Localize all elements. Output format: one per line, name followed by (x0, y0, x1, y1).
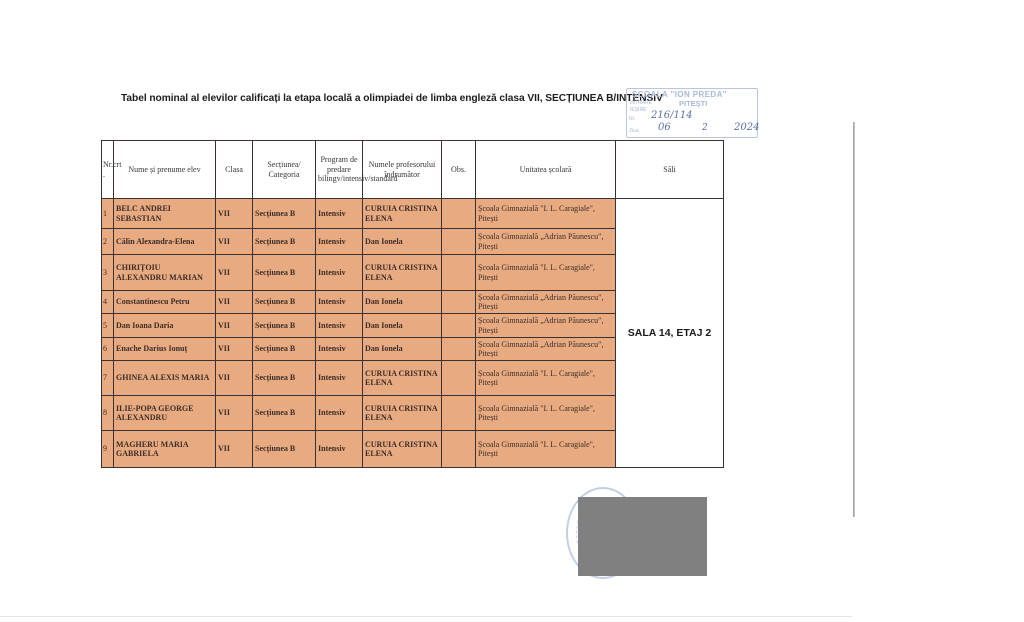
cell-obs (442, 361, 476, 396)
cell-profesor: Dan Ionela (363, 338, 442, 361)
cell-nr: 7 (102, 361, 114, 396)
cell-sectiunea: Secțiunea B (253, 314, 316, 338)
cell-unitatea: Școala Gimnazială „Adrian Păunescu", Pit… (476, 338, 616, 361)
cell-sectiunea: Secțiunea B (253, 229, 316, 255)
cell-obs (442, 229, 476, 255)
header-unitatea: Unitatea școlară (476, 141, 616, 199)
header-obs: Obs. (442, 141, 476, 199)
cell-obs (442, 291, 476, 314)
redacted-signature (578, 497, 707, 576)
cell-clasa: VII (216, 199, 253, 229)
cell-unitatea: Școala Gimnazială „Adrian Păunescu", Pit… (476, 291, 616, 314)
cell-student-name: Dan Ioana Daria (114, 314, 216, 338)
cell-clasa: VII (216, 338, 253, 361)
cell-unitatea: Școala Gimnazială „Adrian Păunescu", Pit… (476, 229, 616, 255)
cell-program: Intensiv (316, 361, 363, 396)
cell-sectiunea: Secțiunea B (253, 431, 316, 468)
table-body: 1BELC ANDREI SEBASTIANVIISecțiunea BInte… (102, 199, 724, 468)
cell-unitatea: Școala Gimnazială "I. L. Caragiale", Pit… (476, 199, 616, 229)
cell-student-name: GHINEA ALEXIS MARIA (114, 361, 216, 396)
cell-program: Intensiv (316, 229, 363, 255)
cell-student-name: ILIE-POPA GEORGE ALEXANDRU (114, 396, 216, 431)
cell-nr: 3 (102, 255, 114, 291)
cell-nr: 4 (102, 291, 114, 314)
qualified-students-table: Nr.crt . Nume și prenume elev Clasa Secț… (101, 140, 724, 468)
cell-unitatea: Școala Gimnazială "I. L. Caragiale", Pit… (476, 361, 616, 396)
header-sectiunea: Secțiunea/ Categoria (253, 141, 316, 199)
cell-nr: 2 (102, 229, 114, 255)
cell-sectiunea: Secțiunea B (253, 199, 316, 229)
cell-clasa: VII (216, 431, 253, 468)
cell-obs (442, 199, 476, 229)
stamp-luna-value: 2 (702, 123, 708, 133)
cell-student-name: Enache Darius Ionuț (114, 338, 216, 361)
cell-student-name: CHIRIȚOIU ALEXANDRU MARIAN (114, 255, 216, 291)
cell-profesor: CURUIA CRISTINA ELENA (363, 431, 442, 468)
cell-program: Intensiv (316, 291, 363, 314)
cell-profesor: CURUIA CRISTINA ELENA (363, 255, 442, 291)
cell-profesor: Dan Ionela (363, 314, 442, 338)
students-table-container: Nr.crt . Nume și prenume elev Clasa Secț… (101, 140, 724, 468)
stamp-nr-label: Nr. (629, 116, 635, 122)
cell-nr: 9 (102, 431, 114, 468)
cell-student-name: BELC ANDREI SEBASTIAN (114, 199, 216, 229)
cell-nr: 5 (102, 314, 114, 338)
cell-sala-assignment: SALA 14, ETAJ 2 (616, 199, 724, 468)
cell-clasa: VII (216, 229, 253, 255)
cell-profesor: CURUIA CRISTINA ELENA (363, 396, 442, 431)
scan-bottom-edge (0, 616, 852, 617)
cell-profesor: CURUIA CRISTINA ELENA (363, 199, 442, 229)
scan-page-edge (853, 122, 855, 517)
cell-nr: 1 (102, 199, 114, 229)
stamp-city: PITEȘTI (679, 99, 707, 108)
cell-profesor: Dan Ionela (363, 291, 442, 314)
cell-program: Intensiv (316, 338, 363, 361)
header-profesor: Numele profesorului îndrumător (363, 141, 442, 199)
cell-profesor: CURUIA CRISTINA ELENA (363, 361, 442, 396)
cell-sectiunea: Secțiunea B (253, 361, 316, 396)
header-sali: Săli (616, 141, 724, 199)
cell-nr: 6 (102, 338, 114, 361)
cell-sectiunea: Secțiunea B (253, 396, 316, 431)
cell-sectiunea: Secțiunea B (253, 291, 316, 314)
stamp-iesire-label: IEȘIRE (630, 107, 646, 113)
cell-program: Intensiv (316, 255, 363, 291)
cell-unitatea: Școala Gimnazială „Adrian Păunescu", Pit… (476, 314, 616, 338)
stamp-an-value: 2024 (734, 122, 759, 133)
stamp-school-name: ȘCOALA "ION PREDA" (632, 90, 727, 99)
cell-program: Intensiv (316, 199, 363, 229)
header-program: Program de predare bilingv/intensiv/stan… (316, 141, 363, 199)
cell-clasa: VII (216, 314, 253, 338)
cell-obs (442, 431, 476, 468)
cell-sectiunea: Secțiunea B (253, 255, 316, 291)
cell-unitatea: Școala Gimnazială "I. L. Caragiale", Pit… (476, 396, 616, 431)
cell-obs (442, 314, 476, 338)
cell-program: Intensiv (316, 396, 363, 431)
cell-clasa: VII (216, 396, 253, 431)
table-row: 1BELC ANDREI SEBASTIANVIISecțiunea BInte… (102, 199, 724, 229)
cell-unitatea: Școala Gimnazială "I. L. Caragiale", Pit… (476, 255, 616, 291)
stamp-nr-value: 216/114 (651, 110, 693, 121)
cell-clasa: VII (216, 361, 253, 396)
registration-stamp: ȘCOALA "ION PREDA" INTRARE PITEȘTI IEȘIR… (626, 88, 758, 138)
cell-clasa: VII (216, 255, 253, 291)
cell-obs (442, 396, 476, 431)
cell-program: Intensiv (316, 314, 363, 338)
cell-student-name: MAGHERU MARIA GABRIELA (114, 431, 216, 468)
cell-obs (442, 255, 476, 291)
header-clasa: Clasa (216, 141, 253, 199)
cell-program: Intensiv (316, 431, 363, 468)
table-header-row: Nr.crt . Nume și prenume elev Clasa Secț… (102, 141, 724, 199)
cell-nr: 8 (102, 396, 114, 431)
cell-clasa: VII (216, 291, 253, 314)
cell-unitatea: Școala Gimnazială "I. L. Caragiale", Pit… (476, 431, 616, 468)
cell-sectiunea: Secțiunea B (253, 338, 316, 361)
stamp-intrare-label: INTRARE (630, 100, 652, 106)
cell-profesor: Dan Ionela (363, 229, 442, 255)
cell-student-name: Călin Alexandra-Elena (114, 229, 216, 255)
cell-obs (442, 338, 476, 361)
stamp-zi-value: 06 (658, 122, 671, 133)
cell-student-name: Constantinescu Petru (114, 291, 216, 314)
document-title: Tabel nominal al elevilor calificați la … (121, 93, 663, 104)
stamp-zi-label: Ziua (629, 128, 639, 134)
header-nr: Nr.crt . (102, 141, 114, 199)
header-name: Nume și prenume elev (114, 141, 216, 199)
